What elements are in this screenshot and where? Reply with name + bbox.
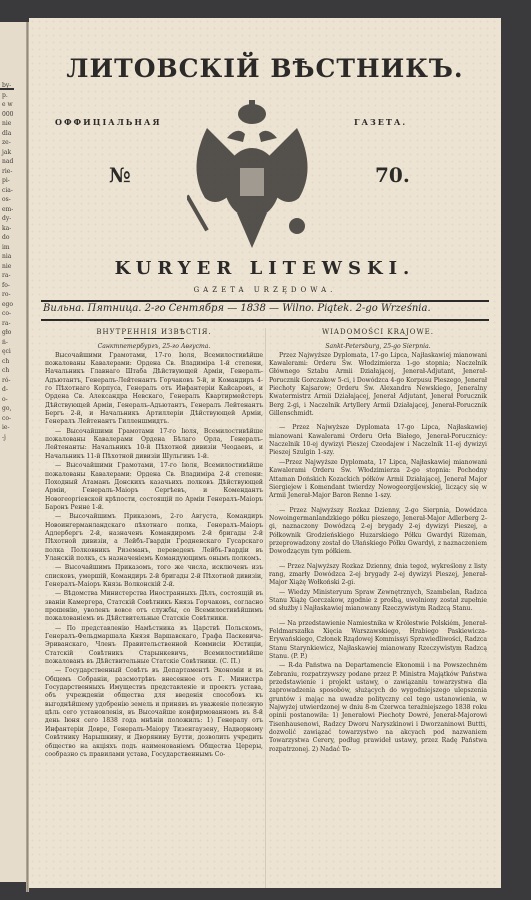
- double-headed-eagle-icon: [187, 98, 317, 253]
- previous-page-text-fragment: by-: [2, 82, 11, 90]
- previous-page-text-fragment: co-: [2, 415, 11, 423]
- previous-page-text-fragment: do: [2, 234, 9, 242]
- article-paragraph: — Przez Najwyższy Rozkaz Dzienny, 2-go S…: [269, 507, 487, 557]
- previous-page-text-fragment: fo-: [2, 282, 10, 290]
- previous-page-text-fragment: ró-: [2, 377, 11, 385]
- newspaper-page: ЛИТОВСКІЙ ВѢСТНИКЪ. ОФФИЦІАЛЬНАЯ ГАЗЕТА.…: [29, 18, 501, 888]
- previous-page-text-fragment: ra-: [2, 272, 10, 280]
- previous-page-text-fragment: rie-: [2, 168, 12, 176]
- previous-page-text-fragment: e w: [2, 101, 13, 109]
- column-russian: ВНУТРЕННІЯ ИЗВѢСТІЯ. Санктпетербургъ, 25…: [45, 328, 263, 760]
- placeline-polish: Sankt-Petersburg, 25-go Sierpnia.: [269, 343, 487, 351]
- article-paragraph: — Государственный Совѣтъ въ Департаментѣ…: [45, 667, 263, 759]
- section-rule: [348, 338, 408, 339]
- article-paragraph: — По представленію Намѣстника въ Царствѣ…: [45, 625, 263, 667]
- previous-page-text-fragment: ro-: [2, 291, 11, 299]
- issue-number-value: 70.: [375, 163, 410, 187]
- previous-page-text-fragment: pi-: [2, 177, 10, 185]
- section-title-russian: ВНУТРЕННІЯ ИЗВѢСТІЯ.: [45, 328, 263, 336]
- masthead-subtitle-left: ОФФИЦІАЛЬНАЯ: [55, 117, 162, 127]
- previous-page-text-fragment: -j: [2, 434, 6, 442]
- previous-page-text-fragment: ego: [2, 301, 13, 309]
- previous-page-text-fragment: gło: [2, 329, 11, 337]
- previous-page-text-fragment: d-: [2, 386, 8, 394]
- previous-page-text-fragment: dy-: [2, 215, 11, 223]
- previous-page-text-fragment: o-: [2, 396, 8, 404]
- previous-page-text-fragment: dla: [2, 130, 11, 138]
- previous-page-text-fragment: jak: [2, 149, 11, 157]
- masthead-title-russian: ЛИТОВСКІЙ ВѢСТНИКЪ.: [29, 54, 501, 83]
- previous-page-text-fragment: ch: [2, 367, 9, 375]
- issue-number-label: №: [109, 163, 131, 187]
- article-paragraph: — Przez Najwyższe Dyplomata 17-go Lipca,…: [269, 424, 487, 457]
- masthead-subtitle-polish: GAZETA URZĘDOWA.: [29, 286, 501, 294]
- column-divider: [265, 328, 266, 888]
- masthead-title-polish: KURYER LITEWSKI.: [29, 258, 501, 279]
- previous-page-text-fragment: p.: [2, 92, 8, 100]
- previous-page-text-fragment: nad: [2, 158, 13, 166]
- previous-page-text-fragment: ie-: [2, 424, 10, 432]
- article-paragraph: — Высочайшими Грамотами, 17-го Іюля, Все…: [45, 462, 263, 512]
- previous-page-text-fragment: os-: [2, 196, 11, 204]
- previous-page-text-fragment: im: [2, 244, 10, 252]
- masthead-subtitle-right: ГАЗЕТА.: [354, 117, 407, 127]
- previous-page-edge: by-p.e w000niedlaze-jaknadrie-pi-cia-os-…: [0, 22, 28, 882]
- previous-page-text-fragment: ęci: [2, 348, 11, 356]
- previous-page-text-fragment: nie: [2, 120, 11, 128]
- section-rule: [124, 338, 184, 339]
- previous-page-text-fragment: cia-: [2, 187, 13, 195]
- article-paragraph: — Na przedstawienie Namiestnika w Króles…: [269, 620, 487, 662]
- article-paragraph: Przez Najwyższe Dyplomata, 17-go Lipca, …: [269, 352, 487, 419]
- previous-page-text-fragment: nia: [2, 253, 11, 261]
- dateline: Вильна. Пятница. 2-го Сентября — 1838 — …: [43, 303, 487, 314]
- article-paragraph: —Przez Najwyższe Dyplomata, 17 Lipca, Na…: [269, 459, 487, 501]
- previous-page-text-fragment: em-: [2, 206, 13, 214]
- article-paragraph: — R-da Państwa na Departamencie Ekonomii…: [269, 662, 487, 754]
- previous-page-text-fragment: ze-: [2, 139, 11, 147]
- previous-page-text-fragment: 000: [2, 111, 13, 119]
- dateline-rule-bottom: [41, 319, 489, 321]
- article-paragraph: Высочайшими Грамотами, 17-го Іюля, Всеми…: [45, 352, 263, 427]
- placeline-russian: Санктпетербургъ, 25-го Августа.: [45, 343, 263, 351]
- article-paragraph: — Вѣдомства Министерства Иностранныхъ Дѣ…: [45, 590, 263, 623]
- previous-page-text-fragment: co-: [2, 310, 11, 318]
- article-paragraph: — Высочайшими Грамотами 17-го Іюля, Всем…: [45, 428, 263, 461]
- previous-page-text-fragment: ka-: [2, 225, 11, 233]
- previous-page-text-fragment: ra-: [2, 320, 10, 328]
- article-paragraph: — Высочайшимъ Приказомъ, того же числа, …: [45, 564, 263, 589]
- article-paragraph: — Высочайшимъ Приказомъ, 2-го Августа, К…: [45, 513, 263, 563]
- article-paragraph: — Wiedzy Ministeryum Spraw Zewnętrznych,…: [269, 589, 487, 614]
- section-title-polish: WIADOMOŚCI KRAJOWE.: [269, 328, 487, 336]
- article-paragraph: — Przez Najwyższy Rozkaz Dzienny, dnia t…: [269, 563, 487, 588]
- previous-page-text-fragment: go,: [2, 405, 11, 413]
- dateline-rule-top: [41, 300, 489, 302]
- previous-page-text-fragment: nie: [2, 263, 11, 271]
- previous-page-text-fragment: ch: [2, 358, 9, 366]
- previous-page-text-fragment: ń-: [2, 339, 8, 347]
- column-polish: WIADOMOŚCI KRAJOWE. Sankt-Petersburg, 25…: [269, 328, 487, 755]
